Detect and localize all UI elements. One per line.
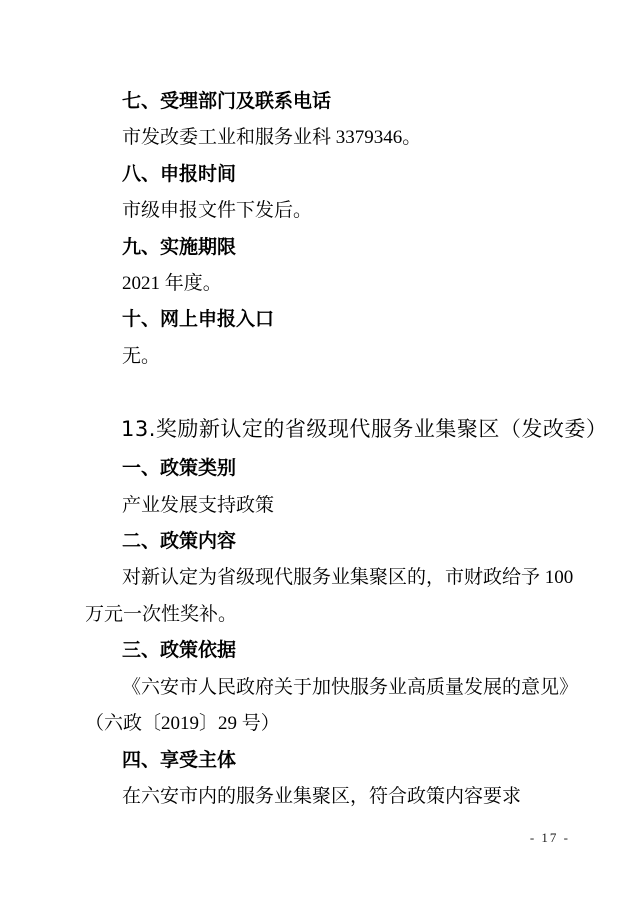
section-heading-9: 九、实施期限: [85, 230, 590, 266]
section-body-basis-line1: 《六安市人民政府关于加快服务业高质量发展的意见》: [85, 670, 590, 706]
section-heading-subject: 四、享受主体: [85, 743, 590, 779]
section-body-basis-line2: （六政〔2019〕29 号）: [85, 706, 590, 742]
section-body-content-line2: 万元一次性奖补。: [85, 597, 590, 633]
section-body-category: 产业发展支持政策: [85, 488, 590, 524]
section-body-contact: 市发改委工业和服务业科 3379346。: [85, 120, 590, 156]
page-number: - 17 -: [530, 830, 570, 846]
section-body-apply-time: 市级申报文件下发后。: [85, 193, 590, 229]
section-body-portal: 无。: [85, 339, 590, 375]
section-heading-10: 十、网上申报入口: [85, 302, 590, 338]
section-heading-8: 八、申报时间: [85, 157, 590, 193]
document-content: 七、受理部门及联系电话 市发改委工业和服务业科 3379346。 八、申报时间 …: [85, 84, 590, 815]
section-body-subject: 在六安市内的服务业集聚区，符合政策内容要求: [85, 779, 590, 815]
document-page: 七、受理部门及联系电话 市发改委工业和服务业科 3379346。 八、申报时间 …: [0, 0, 642, 907]
section-heading-category: 一、政策类别: [85, 451, 590, 487]
policy-item-title: 13.奖励新认定的省级现代服务业集聚区（发改委）: [85, 409, 590, 449]
section-body-period: 2021 年度。: [85, 266, 590, 302]
section-body-content-line1: 对新认定为省级现代服务业集聚区的，市财政给予 100: [85, 560, 590, 596]
section-heading-basis: 三、政策依据: [85, 633, 590, 669]
section-heading-7: 七、受理部门及联系电话: [85, 84, 590, 120]
section-heading-content: 二、政策内容: [85, 524, 590, 560]
